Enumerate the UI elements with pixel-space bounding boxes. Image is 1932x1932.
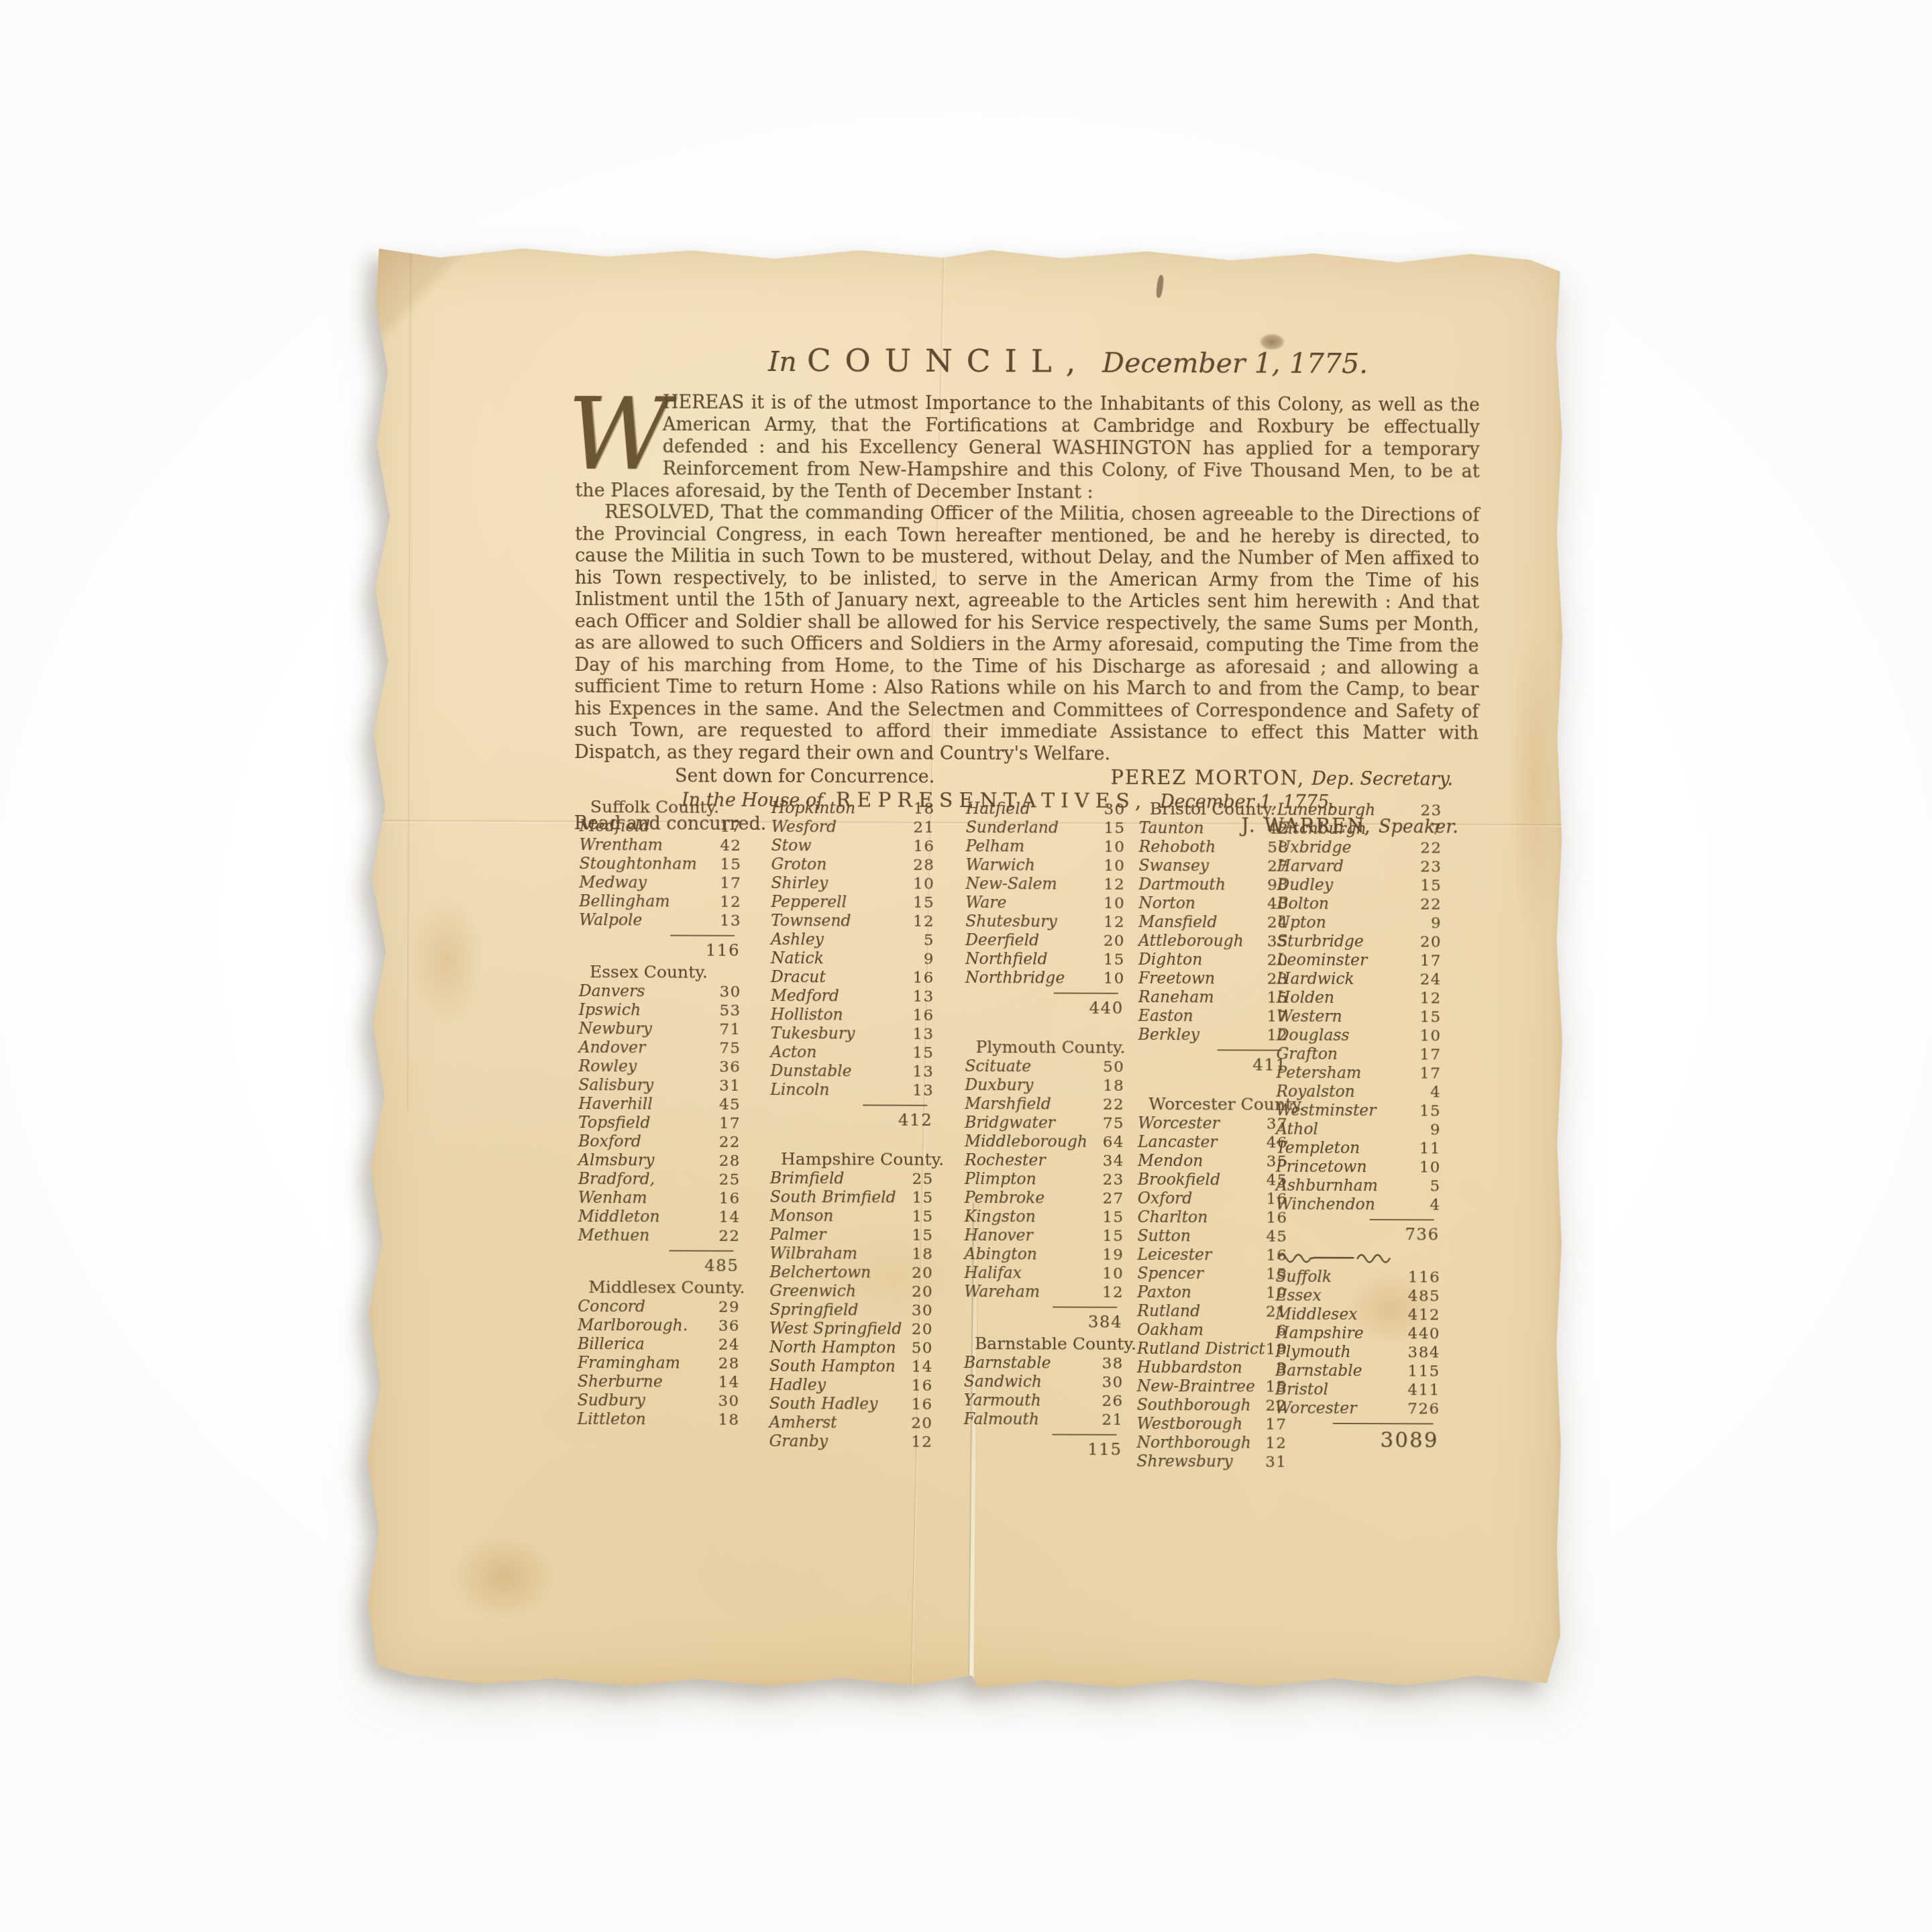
table-row: Pelham10 bbox=[966, 837, 1126, 856]
town-quota: 25 bbox=[719, 1171, 741, 1189]
town-quota: 23 bbox=[1420, 801, 1442, 820]
table-row: Ashburnham5 bbox=[1276, 1176, 1441, 1195]
town-quota: 12 bbox=[1104, 913, 1125, 932]
town-quota: 4 bbox=[1430, 1083, 1441, 1102]
table-row: Northborough12 bbox=[1136, 1433, 1287, 1452]
table-row: Uxbridge22 bbox=[1277, 838, 1442, 857]
town-quota: 31 bbox=[719, 1077, 741, 1095]
town-name: Rutland bbox=[1137, 1301, 1200, 1320]
table-row: Paxton10 bbox=[1137, 1283, 1287, 1302]
sum-rule bbox=[1370, 1219, 1434, 1220]
county-header: Middlesex County. bbox=[578, 1278, 740, 1297]
town-quota: 24 bbox=[1420, 970, 1442, 989]
town-name: Attleborough bbox=[1138, 931, 1244, 951]
town-name: Uxbridge bbox=[1277, 838, 1352, 857]
table-row: Framingham28 bbox=[578, 1353, 740, 1373]
table-row: Leominster17 bbox=[1277, 951, 1442, 970]
town-name: Barnstable bbox=[1275, 1361, 1362, 1380]
town-name: Medway bbox=[579, 873, 647, 892]
town-quota: 22 bbox=[718, 1227, 740, 1246]
town-quota: 9 bbox=[924, 950, 934, 969]
town-quota: 440 bbox=[1408, 1324, 1441, 1343]
town-quota: 15 bbox=[1104, 819, 1125, 838]
town-name: Natick bbox=[771, 949, 824, 967]
table-row: Sudbury30 bbox=[578, 1391, 740, 1410]
town-name: Royalston bbox=[1276, 1082, 1355, 1101]
town-quota: 38 bbox=[1102, 1354, 1124, 1373]
table-row: Sandwich30 bbox=[964, 1372, 1124, 1391]
concurrence-label: Sent down for Concurrence. bbox=[675, 765, 934, 788]
town-name: Rehoboth bbox=[1139, 837, 1216, 856]
town-name: Sudbury bbox=[578, 1391, 645, 1409]
town-quota: 25 bbox=[912, 1170, 934, 1189]
town-name: Western bbox=[1277, 1007, 1342, 1026]
table-row: Dartmouth98 bbox=[1138, 875, 1289, 894]
town-name: South Hampton bbox=[769, 1356, 896, 1376]
town-name: Springfield bbox=[769, 1300, 858, 1319]
town-name: Bristol bbox=[1275, 1380, 1328, 1399]
grand-total: 3089 bbox=[1275, 1417, 1440, 1457]
town-name: Medfield bbox=[580, 816, 650, 835]
town-name: Marlborough. bbox=[578, 1316, 688, 1335]
town-name: Bellingham bbox=[579, 892, 669, 910]
town-quota: 28 bbox=[913, 856, 934, 875]
town-name: Westminster bbox=[1276, 1101, 1376, 1120]
town-quota: 17 bbox=[720, 818, 741, 837]
table-row: Worcester37 bbox=[1138, 1114, 1288, 1133]
town-name: Winchendon bbox=[1276, 1195, 1375, 1214]
table-row: Wrentham42 bbox=[580, 835, 742, 855]
table-row: Littleton18 bbox=[578, 1409, 740, 1429]
town-quota: 15 bbox=[912, 1207, 933, 1226]
town-name: Wilbraham bbox=[769, 1244, 857, 1263]
town-name: Plimpton bbox=[965, 1169, 1036, 1188]
town-quota: 20 bbox=[911, 1414, 932, 1433]
town-quota: 15 bbox=[912, 1226, 933, 1245]
town-name: Boxford bbox=[578, 1132, 641, 1150]
town-quota: 10 bbox=[1104, 857, 1125, 875]
table-row: Bridgwater75 bbox=[965, 1113, 1124, 1132]
town-name: Acton bbox=[771, 1042, 817, 1061]
table-row: Stow16 bbox=[771, 836, 935, 855]
table-row: Brookfield45 bbox=[1138, 1170, 1288, 1189]
town-name: Fitchburgh bbox=[1277, 819, 1366, 838]
town-quota: 16 bbox=[913, 837, 934, 856]
table-row: Taunton42 bbox=[1139, 818, 1289, 838]
town-quota: 29 bbox=[718, 1298, 740, 1317]
table-row: Dudley15 bbox=[1277, 875, 1442, 895]
town-quota: 15 bbox=[1104, 951, 1125, 969]
table-row: Holden12 bbox=[1277, 988, 1442, 1008]
subtotal-value: 736 bbox=[1405, 1224, 1439, 1244]
table-row: Shirley10 bbox=[771, 873, 934, 893]
table-row: Ipswich53 bbox=[579, 1000, 741, 1020]
town-quota: 14 bbox=[718, 1208, 740, 1227]
town-name: Belchertown bbox=[769, 1263, 871, 1282]
town-name: Sandwich bbox=[964, 1372, 1042, 1391]
town-quota: 16 bbox=[718, 1189, 740, 1208]
town-name: Deerfield bbox=[965, 930, 1039, 949]
town-name: Hubbardston bbox=[1137, 1358, 1242, 1377]
town-name: Grafton bbox=[1277, 1044, 1338, 1063]
town-name: Yarmouth bbox=[964, 1391, 1041, 1409]
sum-rule bbox=[669, 1250, 734, 1251]
town-name: Sturbridge bbox=[1277, 932, 1364, 951]
town-quota: 12 bbox=[1104, 875, 1125, 894]
table-row: Oakham6 bbox=[1137, 1320, 1287, 1340]
town-name: Tukesbury bbox=[771, 1024, 855, 1042]
town-name: West Springfield bbox=[769, 1319, 902, 1338]
town-quota: 36 bbox=[718, 1317, 740, 1336]
town-name: Walpole bbox=[579, 910, 642, 929]
table-row: Northbridge10 bbox=[965, 968, 1125, 987]
subtotal-value: 384 bbox=[1088, 1311, 1122, 1331]
table-row: Marshfield22 bbox=[965, 1094, 1124, 1114]
town-quota: 23 bbox=[1420, 857, 1442, 876]
town-name: Billerica bbox=[578, 1334, 645, 1353]
table-row: Freetown23 bbox=[1138, 969, 1289, 988]
town-quota: 12 bbox=[1102, 1283, 1124, 1302]
column-subtotal: 485 bbox=[578, 1244, 740, 1279]
town-name: Bridgwater bbox=[965, 1113, 1055, 1132]
town-quota: 75 bbox=[719, 1039, 741, 1058]
table-row: Petersham17 bbox=[1276, 1063, 1441, 1083]
town-name: Mendon bbox=[1138, 1151, 1203, 1170]
table-row: Hadley16 bbox=[769, 1375, 933, 1395]
town-name: Duxbury bbox=[965, 1075, 1033, 1094]
table-row: Hanover15 bbox=[965, 1226, 1124, 1245]
table-row: Bradford,25 bbox=[578, 1169, 741, 1189]
town-quota: 13 bbox=[912, 1063, 934, 1081]
town-name: Sutton bbox=[1138, 1226, 1191, 1245]
table-row: Rowley36 bbox=[578, 1057, 741, 1076]
town-name: Shutesbury bbox=[965, 912, 1057, 930]
subtotal-value: 116 bbox=[706, 940, 740, 959]
paper-sheet: In COUNCIL, December 1, 1775. WHEREAS it… bbox=[363, 241, 1566, 1693]
town-name: Worcester bbox=[1138, 1114, 1220, 1132]
table-row: Rutland21 bbox=[1137, 1301, 1287, 1321]
town-name: Haverhill bbox=[578, 1094, 653, 1113]
table-row: Middleton14 bbox=[578, 1207, 741, 1226]
town-quota: 18 bbox=[718, 1411, 739, 1430]
militia-quota-table: Suffolk County.Medfield17Wrentham42Stoug… bbox=[363, 797, 1564, 1693]
table-row: Hubbardston3 bbox=[1137, 1358, 1287, 1377]
town-quota: 15 bbox=[1420, 876, 1442, 895]
town-name: Wesford bbox=[771, 817, 837, 836]
table-row: South Hampton14 bbox=[769, 1356, 933, 1376]
squiggle-icon bbox=[1275, 1251, 1420, 1264]
table-row: Rochester34 bbox=[965, 1150, 1124, 1170]
town-name: Paxton bbox=[1137, 1283, 1191, 1301]
town-quota: 17 bbox=[1419, 1045, 1441, 1064]
town-name: Ipswich bbox=[579, 1000, 641, 1019]
town-quota: 12 bbox=[720, 893, 741, 912]
table-row: Shutesbury12 bbox=[965, 912, 1125, 931]
squiggle-divider bbox=[1275, 1247, 1440, 1268]
table-row: Douglass10 bbox=[1277, 1026, 1442, 1045]
town-quota: 17 bbox=[1420, 951, 1442, 970]
town-name: Granby bbox=[769, 1432, 828, 1450]
table-row: Methuen22 bbox=[578, 1226, 741, 1245]
town-name: Leominster bbox=[1277, 951, 1367, 969]
town-quota: 15 bbox=[1102, 1208, 1124, 1227]
column-subtotal: 736 bbox=[1276, 1214, 1441, 1248]
table-row: Townsend12 bbox=[771, 911, 934, 930]
town-name: Newbury bbox=[579, 1019, 652, 1038]
town-name: Stow bbox=[771, 836, 812, 855]
table-row: Easton17 bbox=[1138, 1006, 1289, 1026]
town-quota: 13 bbox=[912, 1081, 934, 1100]
town-name: Salisbury bbox=[578, 1075, 653, 1094]
table-row: Princetown10 bbox=[1276, 1157, 1441, 1177]
column-subtotal: 440 bbox=[965, 987, 1125, 1021]
town-name: Brimfield bbox=[770, 1169, 845, 1187]
town-name: Middleton bbox=[578, 1207, 660, 1226]
town-quota: 20 bbox=[912, 1320, 933, 1339]
table-row: Middleborough64 bbox=[965, 1132, 1124, 1151]
town-name: Falmouth bbox=[964, 1409, 1039, 1428]
town-name: Marshfield bbox=[965, 1094, 1051, 1113]
town-name: Lancaster bbox=[1138, 1132, 1218, 1151]
town-name: Sherburne bbox=[578, 1372, 663, 1391]
town-quota: 15 bbox=[720, 855, 741, 874]
town-name: Concord bbox=[578, 1297, 645, 1316]
town-quota: 22 bbox=[1420, 839, 1442, 857]
town-quota: 17 bbox=[720, 874, 741, 893]
table-row: Western15 bbox=[1277, 1007, 1442, 1026]
document-content: In COUNCIL, December 1, 1775. WHEREAS it… bbox=[574, 341, 1481, 839]
table-row: Athol9 bbox=[1276, 1120, 1441, 1139]
table-row: Springfield30 bbox=[769, 1300, 933, 1320]
town-quota: 20 bbox=[1104, 932, 1125, 951]
town-quota: 18 bbox=[1103, 1077, 1124, 1095]
town-name: Monson bbox=[770, 1206, 834, 1225]
town-quota: 71 bbox=[719, 1020, 741, 1039]
table-row: Brimfield25 bbox=[770, 1169, 934, 1188]
town-quota: 10 bbox=[1104, 969, 1125, 988]
title-council-word: COUNCIL, bbox=[807, 342, 1090, 380]
table-row: Ware10 bbox=[965, 893, 1125, 912]
county-header: Bristol County. bbox=[1139, 800, 1289, 819]
secretary-name: PEREZ MORTON, bbox=[1111, 766, 1305, 790]
town-name: Dudley bbox=[1277, 875, 1333, 894]
town-name: Dracut bbox=[771, 967, 826, 986]
town-name: Dartmouth bbox=[1138, 875, 1226, 894]
table-row: Bristol411 bbox=[1275, 1380, 1440, 1399]
table-row: Palmer15 bbox=[770, 1225, 934, 1244]
town-name: Halifax bbox=[964, 1263, 1022, 1282]
town-quota: 24 bbox=[718, 1336, 740, 1354]
town-name: South Brimfield bbox=[770, 1187, 896, 1207]
table-row: Billerica24 bbox=[578, 1334, 740, 1354]
town-quota: 17 bbox=[719, 1114, 741, 1133]
table-row: Suffolk116 bbox=[1275, 1267, 1440, 1287]
town-quota: 28 bbox=[718, 1354, 740, 1373]
corner-fold bbox=[368, 241, 529, 370]
town-name: Essex bbox=[1275, 1286, 1322, 1305]
table-row: Ashley5 bbox=[771, 930, 934, 949]
town-name: New-Braintree bbox=[1137, 1377, 1255, 1396]
table-row: Harvard23 bbox=[1277, 857, 1442, 876]
table-row: Middlesex412 bbox=[1275, 1305, 1440, 1324]
town-quota: 22 bbox=[719, 1133, 741, 1152]
secretary-signature: PEREZ MORTON,Dep. Secretary. bbox=[1111, 767, 1454, 791]
town-quota: 12 bbox=[1420, 989, 1442, 1008]
town-quota: 18 bbox=[913, 800, 934, 818]
table-row: Marlborough.36 bbox=[578, 1316, 740, 1335]
town-name: Ashley bbox=[771, 930, 824, 949]
town-quota: 411 bbox=[1407, 1381, 1440, 1399]
table-row: Lincoln13 bbox=[770, 1080, 934, 1099]
table-row: Holliston16 bbox=[771, 1005, 934, 1024]
table-column-1: Suffolk County.Medfield17Wrentham42Stoug… bbox=[578, 798, 742, 1429]
town-quota: 10 bbox=[1104, 838, 1125, 857]
town-name: Warwich bbox=[965, 855, 1034, 874]
table-row: Worcester726 bbox=[1275, 1399, 1440, 1418]
spacer bbox=[770, 1132, 934, 1150]
town-quota: 5 bbox=[924, 931, 934, 950]
secretary-title: Dep. Secretary. bbox=[1311, 769, 1453, 790]
town-name: Leicester bbox=[1137, 1245, 1212, 1264]
town-quota: 115 bbox=[1407, 1362, 1440, 1381]
town-name: Wrentham bbox=[580, 835, 663, 854]
column-subtotal: 411 bbox=[1138, 1044, 1288, 1078]
table-row: Lancaster46 bbox=[1138, 1132, 1288, 1152]
table-row: Andover75 bbox=[579, 1038, 741, 1057]
column-subtotal: 412 bbox=[770, 1099, 934, 1133]
town-name: Hardwick bbox=[1277, 969, 1354, 988]
table-row: Sturbridge20 bbox=[1277, 932, 1442, 951]
town-quota: 16 bbox=[911, 1377, 932, 1395]
title-date: December 1, 1775. bbox=[1102, 347, 1368, 380]
town-name: Pembroke bbox=[965, 1188, 1045, 1207]
table-row: Monson15 bbox=[770, 1206, 934, 1226]
town-name: New-Salem bbox=[965, 874, 1057, 893]
table-row: Newbury71 bbox=[579, 1019, 741, 1038]
county-header: Barnstable County. bbox=[964, 1334, 1124, 1354]
town-quota: 21 bbox=[913, 818, 934, 837]
subtotal-value: 485 bbox=[704, 1255, 739, 1275]
town-quota: 45 bbox=[719, 1095, 741, 1114]
town-name: Worcester bbox=[1275, 1399, 1357, 1417]
table-row: Wenham16 bbox=[578, 1188, 741, 1207]
table-row: Medfield17 bbox=[580, 816, 742, 836]
table-row: Leicester16 bbox=[1137, 1245, 1287, 1265]
table-row: Hopkinton18 bbox=[771, 798, 935, 818]
town-name: Freetown bbox=[1138, 969, 1215, 987]
town-name: Hadley bbox=[769, 1375, 826, 1394]
town-name: Medford bbox=[771, 986, 839, 1005]
ink-mark bbox=[1155, 275, 1164, 299]
table-row: Acton15 bbox=[771, 1042, 934, 1062]
town-name: Hampshire bbox=[1275, 1324, 1364, 1342]
town-quota: 30 bbox=[1102, 1373, 1124, 1392]
town-quota: 50 bbox=[912, 1339, 933, 1358]
table-row: Fitchburgh7 bbox=[1277, 819, 1442, 839]
table-row: Almsbury28 bbox=[578, 1150, 741, 1170]
town-name: Dighton bbox=[1138, 950, 1202, 969]
table-row: North Hampton50 bbox=[769, 1338, 933, 1357]
town-quota: 485 bbox=[1408, 1287, 1441, 1305]
town-name: Shrewsbury bbox=[1136, 1452, 1232, 1471]
town-name: Abington bbox=[964, 1244, 1037, 1263]
town-quota: 10 bbox=[1419, 1026, 1441, 1045]
table-row: Belchertown20 bbox=[769, 1263, 933, 1282]
table-row: Natick9 bbox=[771, 949, 934, 968]
county-header: Plymouth County. bbox=[965, 1038, 1125, 1057]
table-row: Rehoboth58 bbox=[1139, 837, 1289, 857]
table-row: Groton28 bbox=[771, 855, 934, 874]
sum-rule bbox=[1053, 1434, 1117, 1435]
sum-rule bbox=[1054, 992, 1118, 994]
town-name: Scituate bbox=[965, 1057, 1031, 1075]
town-name: Southborough bbox=[1137, 1395, 1251, 1415]
table-row: New-Salem12 bbox=[965, 874, 1125, 894]
table-row: Dracut16 bbox=[771, 967, 934, 987]
town-quota: 15 bbox=[913, 894, 934, 912]
town-name: Rutland District bbox=[1137, 1339, 1265, 1358]
town-name: South Hadley bbox=[769, 1394, 878, 1413]
town-quota: 13 bbox=[912, 1025, 934, 1044]
town-name: Rowley bbox=[578, 1057, 637, 1075]
table-row: Wareham12 bbox=[964, 1282, 1124, 1301]
town-quota: 19 bbox=[1102, 1246, 1124, 1265]
table-column-5: Lunenburgh23Fitchburgh7Uxbridge22Harvard… bbox=[1275, 800, 1442, 1457]
table-row: Lunenburgh23 bbox=[1277, 800, 1442, 820]
table-row: Pepperell15 bbox=[771, 892, 934, 912]
table-row: Upton9 bbox=[1277, 913, 1442, 932]
town-name: Middleborough bbox=[965, 1132, 1087, 1151]
town-quota: 15 bbox=[1419, 1102, 1441, 1120]
whereas-text: HEREAS it is of the utmost Importance to… bbox=[575, 392, 1480, 502]
town-quota: 30 bbox=[720, 983, 741, 1002]
table-row: Halifax10 bbox=[964, 1263, 1124, 1283]
town-name: Northborough bbox=[1136, 1433, 1251, 1452]
sum-rule bbox=[863, 1104, 927, 1106]
town-name: Northbridge bbox=[965, 968, 1065, 987]
town-name: Spencer bbox=[1137, 1264, 1203, 1283]
town-quota: 15 bbox=[1419, 1008, 1441, 1026]
table-row: Amherst20 bbox=[769, 1413, 933, 1432]
table-row: Concord29 bbox=[578, 1297, 740, 1316]
table-row: Salisbury31 bbox=[578, 1075, 741, 1095]
town-name: Dunstable bbox=[770, 1061, 851, 1080]
table-row: Haverhill45 bbox=[578, 1094, 741, 1114]
town-quota: 12 bbox=[911, 1433, 932, 1452]
town-quota: 20 bbox=[1420, 932, 1442, 951]
spacer bbox=[965, 1020, 1125, 1038]
town-quota: 28 bbox=[719, 1152, 741, 1171]
broadside-document: In COUNCIL, December 1, 1775. WHEREAS it… bbox=[363, 241, 1566, 1693]
title-in-word: In bbox=[768, 345, 797, 378]
town-quota: 30 bbox=[1104, 800, 1125, 819]
town-name: Amherst bbox=[769, 1413, 837, 1432]
table-row: Spencer15 bbox=[1137, 1264, 1287, 1283]
table-row: Tukesbury13 bbox=[771, 1024, 934, 1043]
table-row: South Hadley16 bbox=[769, 1394, 933, 1413]
county-header: Worcester County. bbox=[1138, 1095, 1288, 1114]
town-quota: 42 bbox=[720, 837, 741, 855]
town-name: Palmer bbox=[770, 1225, 826, 1244]
town-quota: 18 bbox=[912, 1245, 933, 1264]
town-quota: 12 bbox=[913, 912, 934, 931]
town-quota: 20 bbox=[912, 1283, 933, 1301]
town-quota: 10 bbox=[1102, 1265, 1124, 1283]
concurrence-line: Sent down for Concurrence. PEREZ MORTON,… bbox=[574, 765, 1479, 791]
town-name: Brookfield bbox=[1138, 1170, 1220, 1189]
town-quota: 20 bbox=[912, 1264, 933, 1283]
column-subtotal: 384 bbox=[964, 1301, 1124, 1335]
